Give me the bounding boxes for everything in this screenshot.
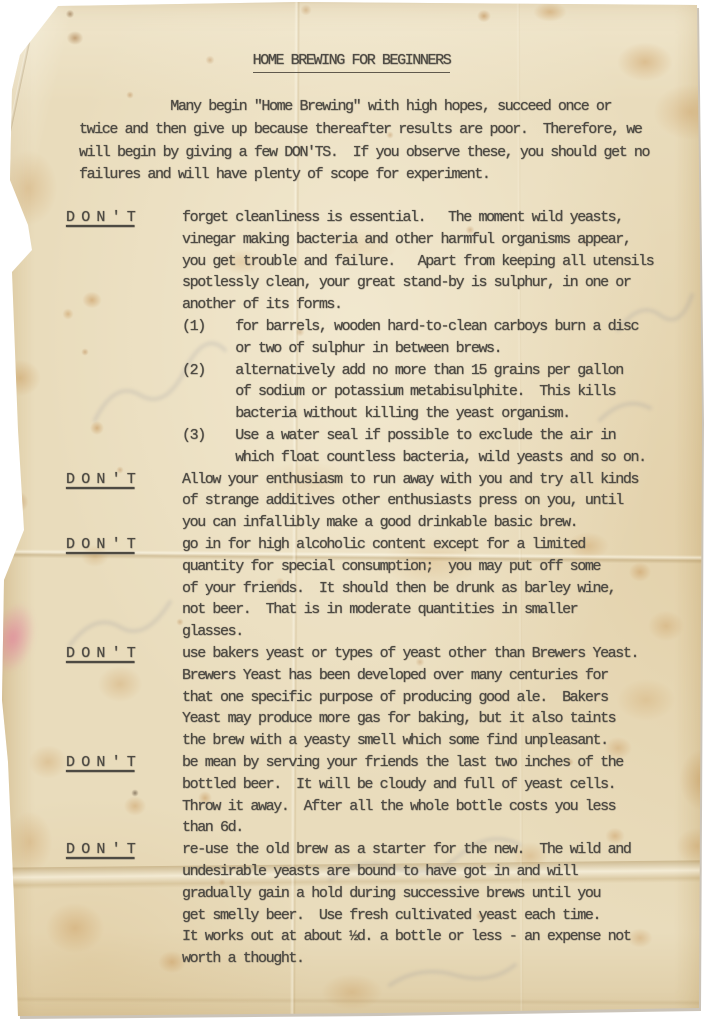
- dont-text: re-use the old brew as a starter for the…: [182, 839, 631, 970]
- dont-section: D O N ' T use bakers yeast or types of y…: [66, 643, 709, 752]
- typewritten-text: HOME BREWING FOR BEGINNERS Many begin "H…: [0, 0, 709, 1024]
- dont-label: D O N ' T: [66, 839, 182, 861]
- dont-text: go in for high alcoholic content except …: [182, 534, 615, 643]
- dont-label: D O N ' T: [66, 643, 182, 665]
- page-title: HOME BREWING FOR BEGINNERS: [0, 52, 703, 69]
- dont-text: use bakers yeast or types of yeast other…: [182, 643, 638, 752]
- dont-sections: D O N ' T forget cleanliness is essentia…: [66, 207, 709, 970]
- paper-sheet: HOME BREWING FOR BEGINNERS Many begin "H…: [0, 0, 709, 1024]
- dont-label: D O N ' T: [66, 469, 182, 491]
- dont-text: Allow your enthusiasm to run away with y…: [182, 469, 638, 534]
- dont-label: D O N ' T: [66, 752, 182, 774]
- dont-text: be mean by serving your friends the last…: [182, 752, 623, 839]
- intro-paragraph: Many begin "Home Brewing" with high hope…: [79, 96, 649, 187]
- scanned-document: HOME BREWING FOR BEGINNERS Many begin "H…: [0, 0, 709, 1024]
- dont-section: D O N ' T forget cleanliness is essentia…: [66, 207, 709, 469]
- dont-section: D O N ' T go in for high alcoholic conte…: [66, 534, 709, 643]
- dont-section: D O N ' T re-use the old brew as a start…: [66, 839, 709, 970]
- page-title-text: HOME BREWING FOR BEGINNERS: [253, 52, 451, 73]
- dont-text: forget cleanliness is essential. The mom…: [182, 207, 653, 469]
- dont-label: D O N ' T: [66, 207, 182, 229]
- dont-section: D O N ' T be mean by serving your friend…: [66, 752, 709, 839]
- dont-section: D O N ' T Allow your enthusiasm to run a…: [66, 469, 709, 534]
- dont-label: D O N ' T: [66, 534, 182, 556]
